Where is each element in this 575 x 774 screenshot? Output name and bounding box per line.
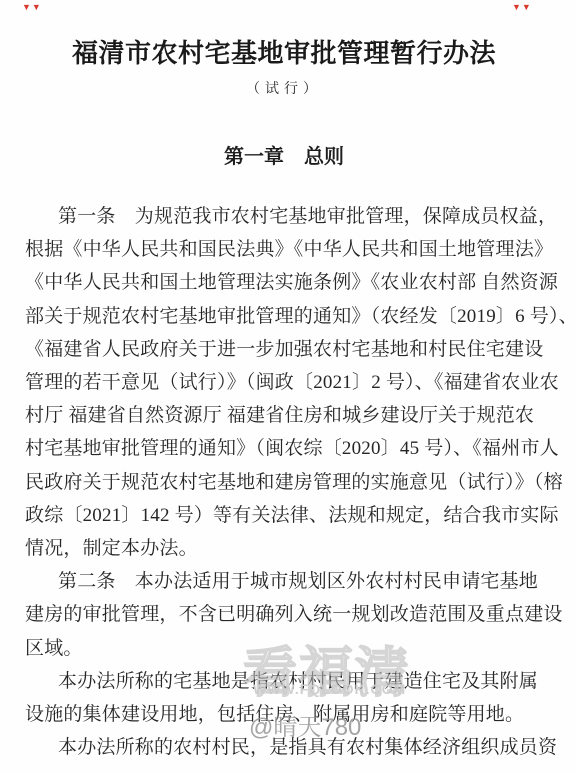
body-line: 管理的若干意见（试行）》（闽政〔2021〕2 号）、《福建省农业农 xyxy=(25,366,545,399)
red-triangles-icon: ▼▼ xyxy=(512,1,532,13)
body-line: 区域。 xyxy=(25,632,545,665)
body-line: 《福建省人民政府关于进一步加强农村宅基地和村民住宅建设 xyxy=(25,333,545,366)
body-line: 村宅基地审批管理的通知》（闽农综〔2020〕45 号）、《福州市人 xyxy=(25,432,545,465)
body-line: 《中华人民共和国土地管理法实施条例》《农业农村部 自然资源 xyxy=(25,266,545,299)
document-title: 福清市农村宅基地审批管理暂行办法 xyxy=(25,33,543,70)
body-line: 部关于规范农村宅基地审批管理的通知》（农经发〔2019〕6 号）、 xyxy=(25,300,545,333)
body-line: 民政府关于规范农村宅基地和建房管理的实施意见（试行）》（榕 xyxy=(25,466,545,499)
chapter-heading: 第一章 总则 xyxy=(25,140,543,169)
body-line: 本办法所称的宅基地是指农村村民用于建造住宅及其附属 xyxy=(25,665,545,698)
body-line: 情况，制定本办法。 xyxy=(25,532,545,565)
body-line: 第二条 本办法适用于城市规划区外农村村民申请宅基地 xyxy=(25,565,545,598)
document-subtitle: （试行） xyxy=(25,78,543,98)
body-lines: 第一条 为规范我市农村宅基地审批管理，保障成员权益，根据《中华人民共和国民法典》… xyxy=(25,200,545,764)
body-line: 根据《中华人民共和国民法典》《中华人民共和国土地管理法》 xyxy=(25,233,545,266)
red-triangles-icon: ▼▼ xyxy=(22,1,42,13)
body-line: 村厅 福建省自然资源厅 福建省住房和城乡建设厅关于规范农 xyxy=(25,399,545,432)
body-line: 设施的集体建设用地，包括住房、附属用房和庭院等用地。 xyxy=(25,698,545,731)
body-line: 政综〔2021〕142 号）等有关法律、法规和规定，结合我市实际 xyxy=(25,499,545,532)
body-line: 建房的审批管理，不含已明确列入统一规划改造范围及重点建设 xyxy=(25,598,545,631)
body-line: 第一条 为规范我市农村宅基地审批管理，保障成员权益， xyxy=(25,200,545,233)
body-line: 本办法所称的农村村民，是指具有农村集体经济组织成员资 xyxy=(25,731,545,764)
document-page: ▼▼ ▼▼ 福清市农村宅基地审批管理暂行办法 （试行） 第一章 总则 第一条 为… xyxy=(0,0,575,774)
